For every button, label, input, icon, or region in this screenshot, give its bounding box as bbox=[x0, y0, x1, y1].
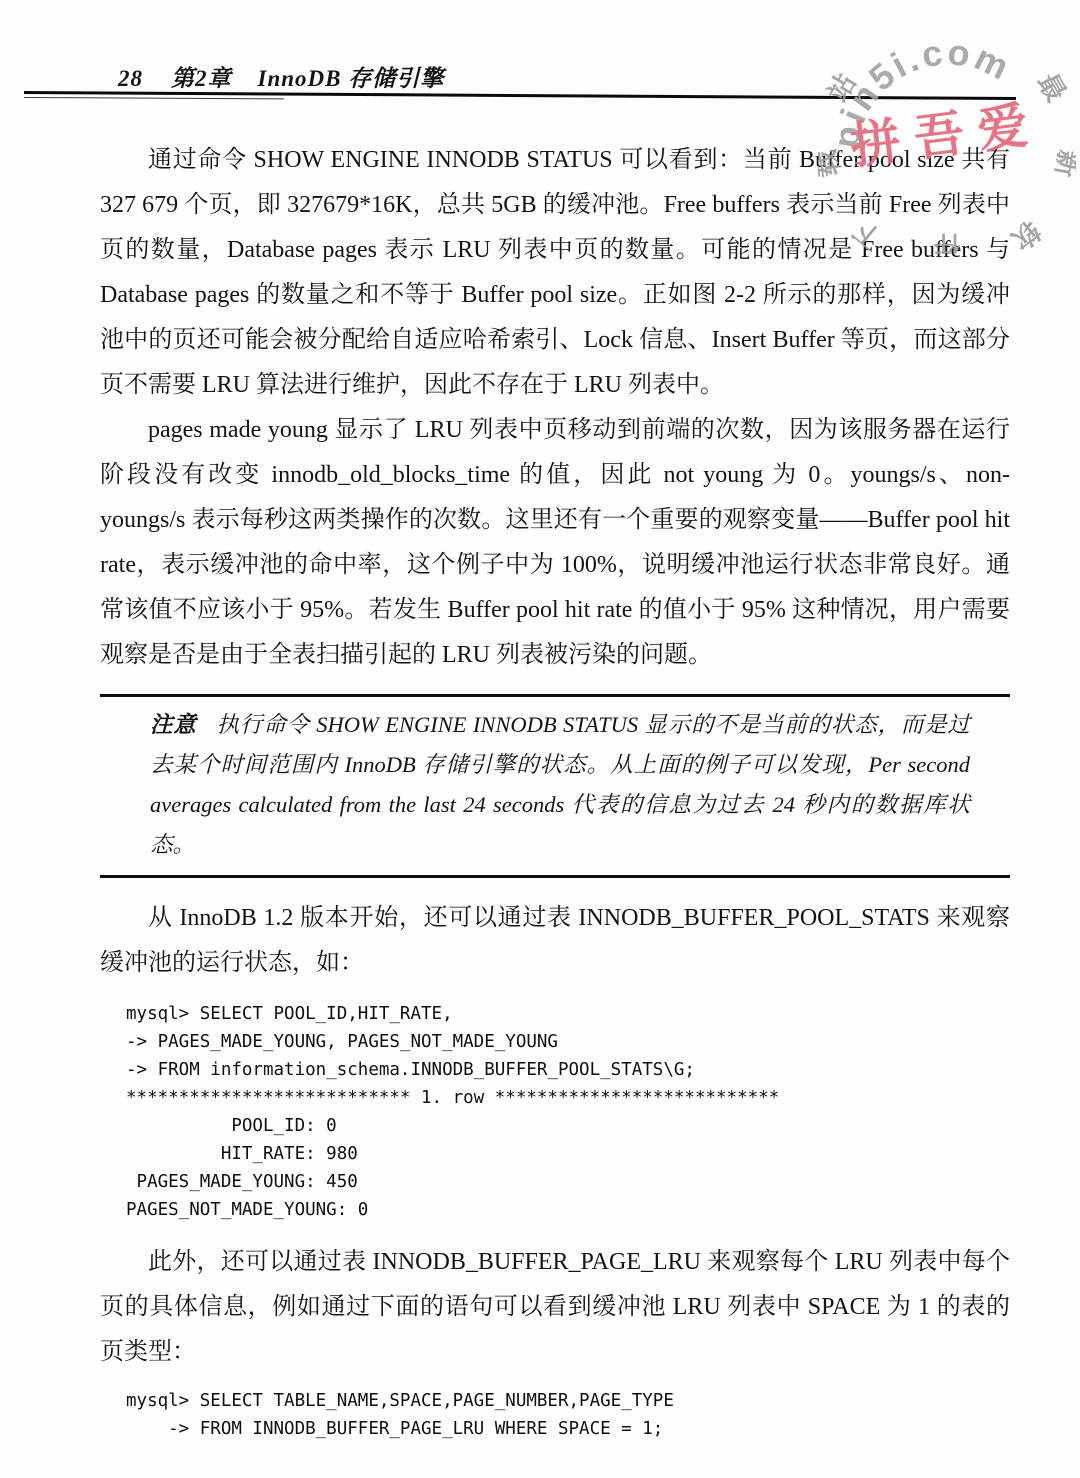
svg-text:最: 最 bbox=[1032, 68, 1071, 106]
chapter-label: 第2章 bbox=[171, 66, 232, 91]
note-block: 注意执行命令 SHOW ENGINE INNODB STATUS 显示的不是当前… bbox=[100, 694, 1010, 878]
chapter-title: InnoDB 存储引擎 bbox=[258, 66, 445, 91]
code-block-pool-stats-query: mysql> SELECT POOL_ID,HIT_RATE, -> PAGES… bbox=[126, 1000, 1010, 1224]
page-header: 28第2章InnoDB 存储引擎 bbox=[118, 60, 444, 93]
svg-text:站: 站 bbox=[822, 68, 861, 106]
svg-text:软: 软 bbox=[1006, 215, 1046, 254]
book-page: 28第2章InnoDB 存储引擎 pin5i.com 拼吾爱 最 新 软 件 下… bbox=[0, 0, 1080, 1478]
paragraph-pages-made-young: pages made young 显示了 LRU 列表中页移动到前端的次数，因为… bbox=[100, 408, 1010, 678]
paragraph-buffer-pool-stats: 从 InnoDB 1.2 版本开始，还可以通过表 INNODB_BUFFER_P… bbox=[100, 896, 1010, 986]
page-number: 28 bbox=[118, 66, 143, 91]
page-body: 通过命令 SHOW ENGINE INNODB STATUS 可以看到：当前 B… bbox=[100, 118, 1010, 1443]
note-text: 执行命令 SHOW ENGINE INNODB STATUS 显示的不是当前的状… bbox=[150, 712, 970, 857]
paragraph-buffer-pool-size: 通过命令 SHOW ENGINE INNODB STATUS 可以看到：当前 B… bbox=[100, 138, 1010, 408]
svg-text:新: 新 bbox=[1050, 148, 1076, 180]
code-block-page-lru-query: mysql> SELECT TABLE_NAME,SPACE,PAGE_NUMB… bbox=[126, 1387, 1010, 1443]
paragraph-buffer-page-lru: 此外，还可以通过表 INNODB_BUFFER_PAGE_LRU 来观察每个 L… bbox=[100, 1240, 1010, 1375]
note-label: 注意 bbox=[150, 712, 197, 737]
header-rule-thin bbox=[24, 97, 284, 99]
